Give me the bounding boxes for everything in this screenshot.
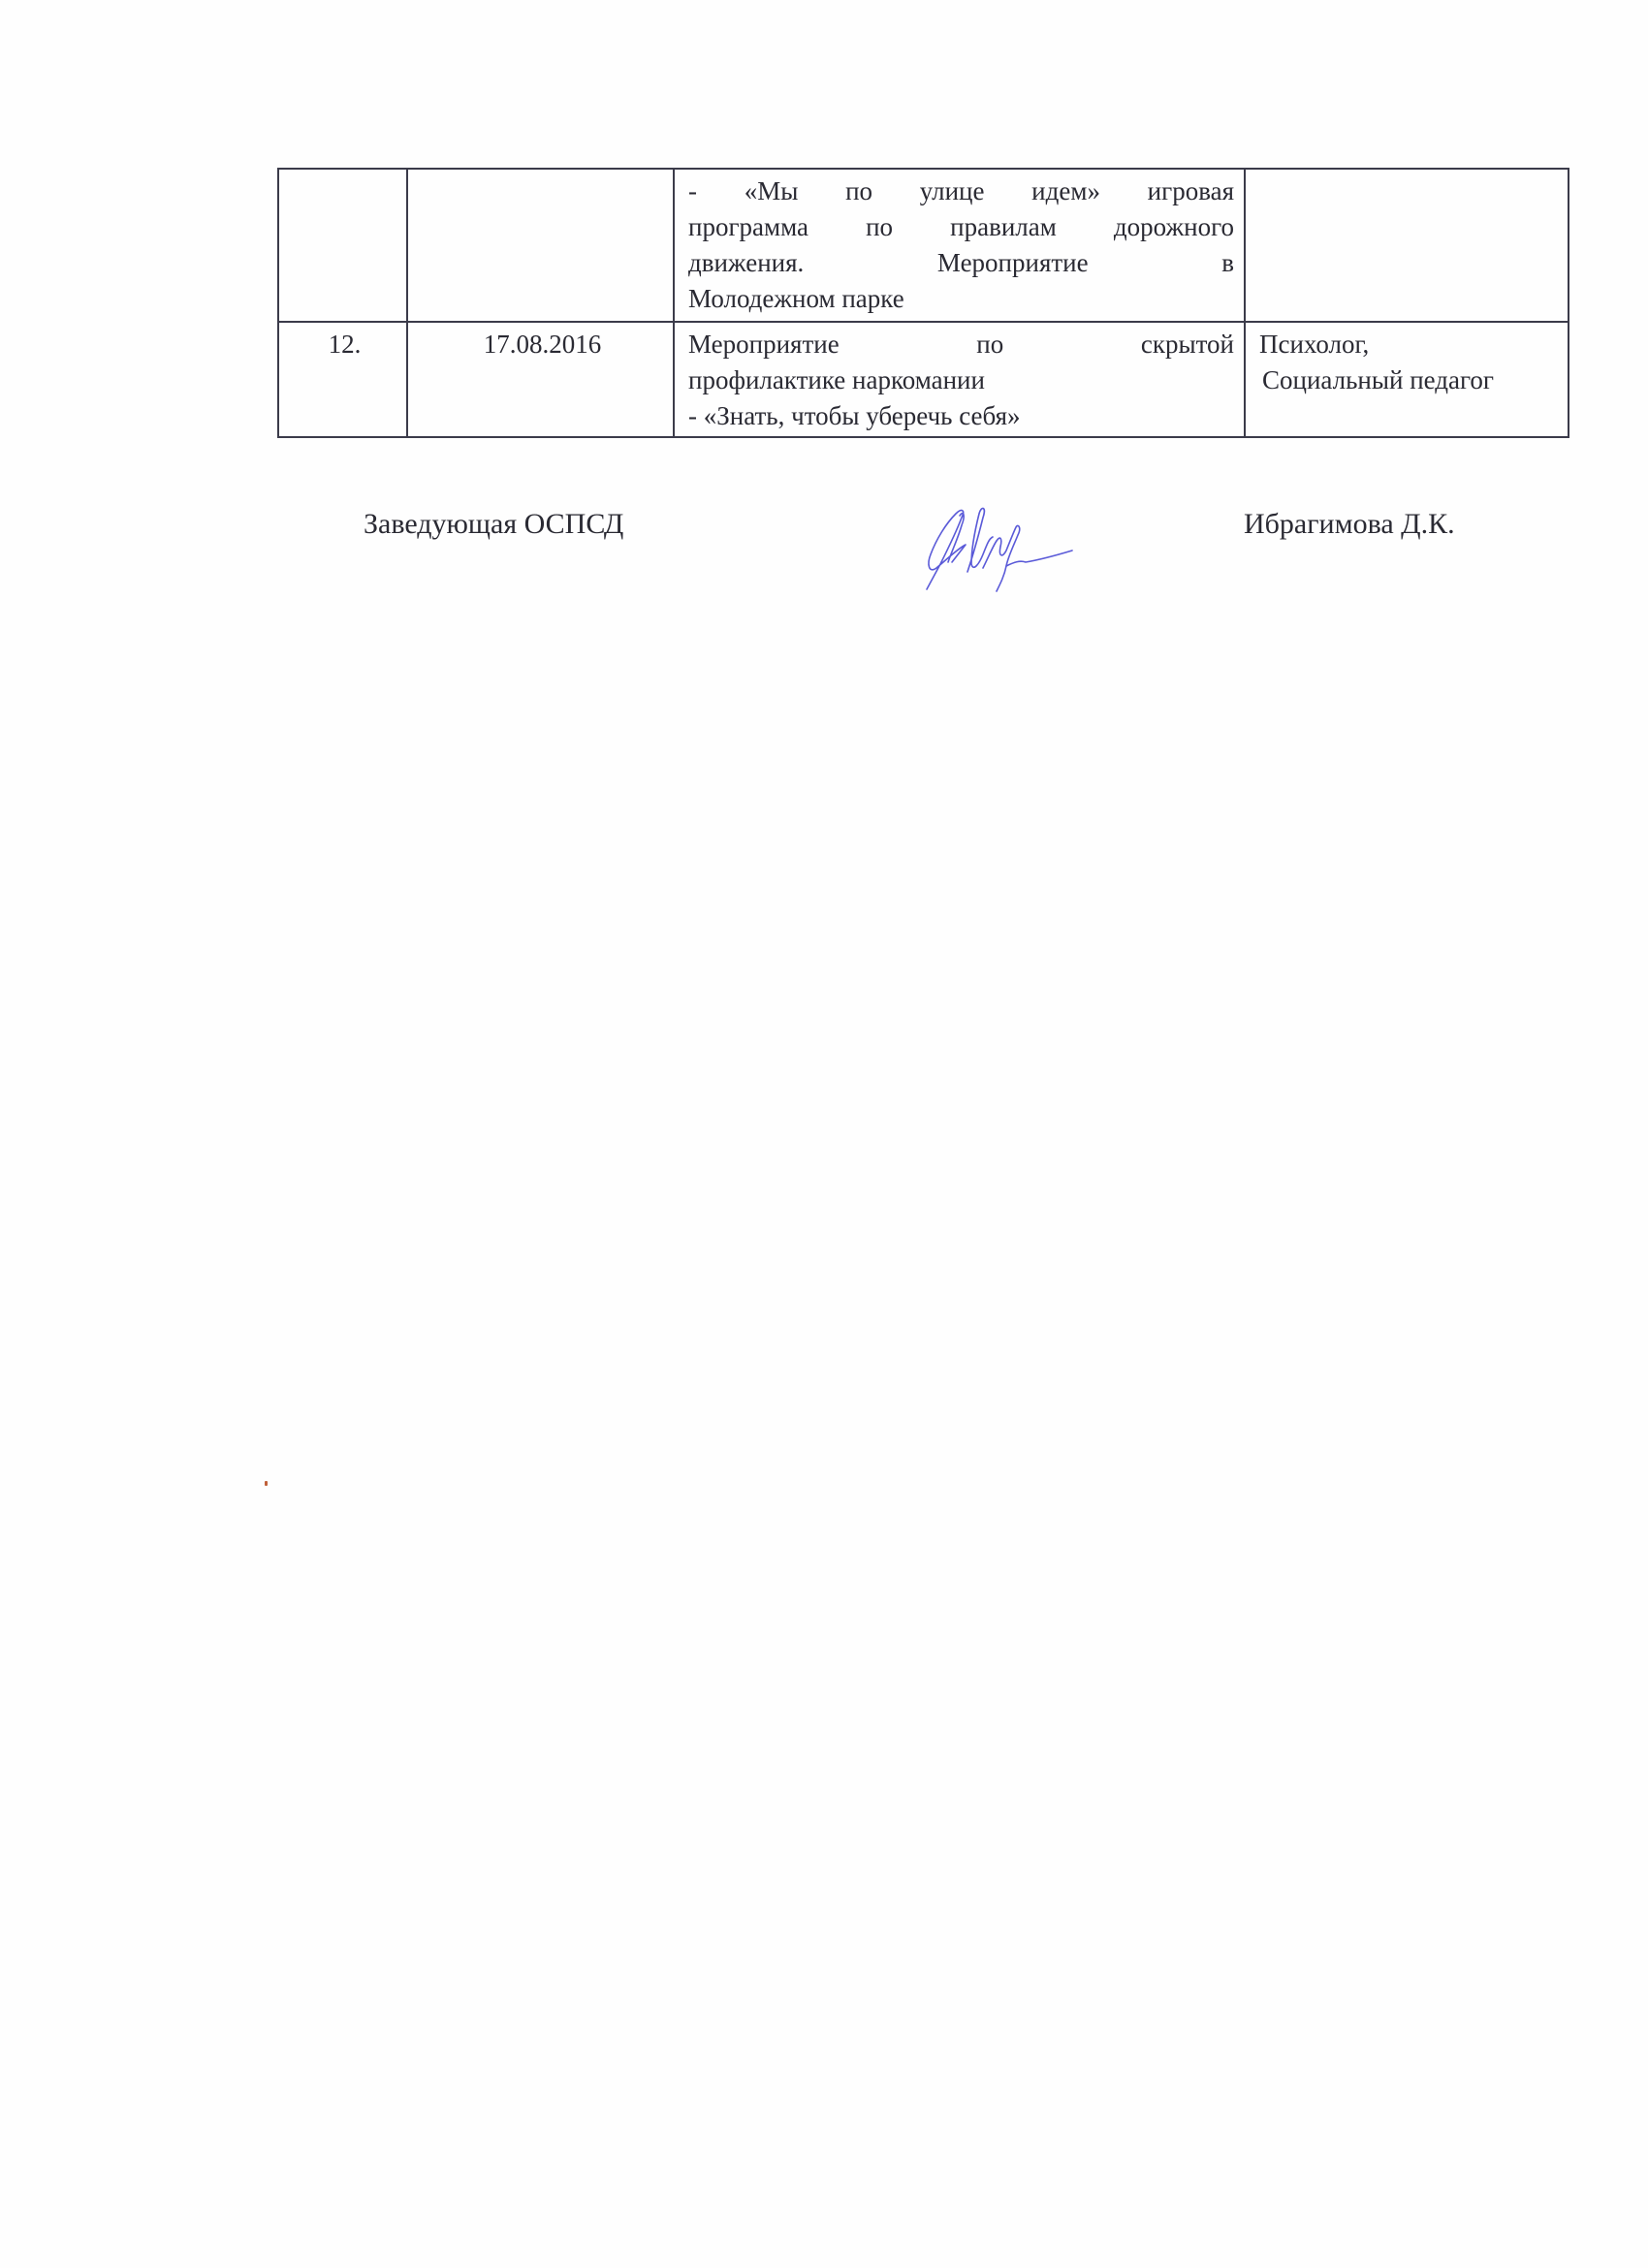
event-line: движения. Мероприятие в	[688, 245, 1234, 281]
position-title: Заведующая ОСПСД	[364, 508, 623, 541]
table-row: - «Мы по улице идем» игровая программа п…	[278, 169, 1569, 322]
handwritten-signature-icon	[923, 504, 1074, 593]
date-cell: 17.08.2016	[407, 322, 674, 437]
event-line: профилактике наркомании	[688, 362, 1234, 398]
table-row: 12. 17.08.2016 Мероприятие по скрытой пр…	[278, 322, 1569, 437]
responsible-cell	[1245, 169, 1569, 322]
row-number-cell: 12.	[278, 322, 407, 437]
responsible-line: Психолог,	[1259, 327, 1558, 362]
event-line: Мероприятие по скрытой	[688, 327, 1234, 362]
event-cell: - «Мы по улице идем» игровая программа п…	[674, 169, 1245, 322]
signer-name: Ибрагимова Д.К.	[1244, 508, 1455, 541]
date-cell	[407, 169, 674, 322]
event-line: Молодежном парке	[688, 281, 1234, 317]
event-line: программа по правилам дорожного	[688, 209, 1234, 245]
event-line: - «Знать, чтобы уберечь себя»	[688, 398, 1234, 434]
document-page: - «Мы по улице идем» игровая программа п…	[0, 0, 1648, 2268]
row-number-cell	[278, 169, 407, 322]
responsible-line: Социальный педагог	[1259, 362, 1558, 398]
event-line: - «Мы по улице идем» игровая	[688, 173, 1234, 209]
scan-speck	[265, 1481, 268, 1486]
signature-block: Заведующая ОСПСД Ибрагимова Д.К.	[0, 508, 1648, 605]
events-table: - «Мы по улице идем» игровая программа п…	[277, 168, 1569, 438]
event-cell: Мероприятие по скрытой профилактике нарк…	[674, 322, 1245, 437]
responsible-cell: Психолог, Социальный педагог	[1245, 322, 1569, 437]
